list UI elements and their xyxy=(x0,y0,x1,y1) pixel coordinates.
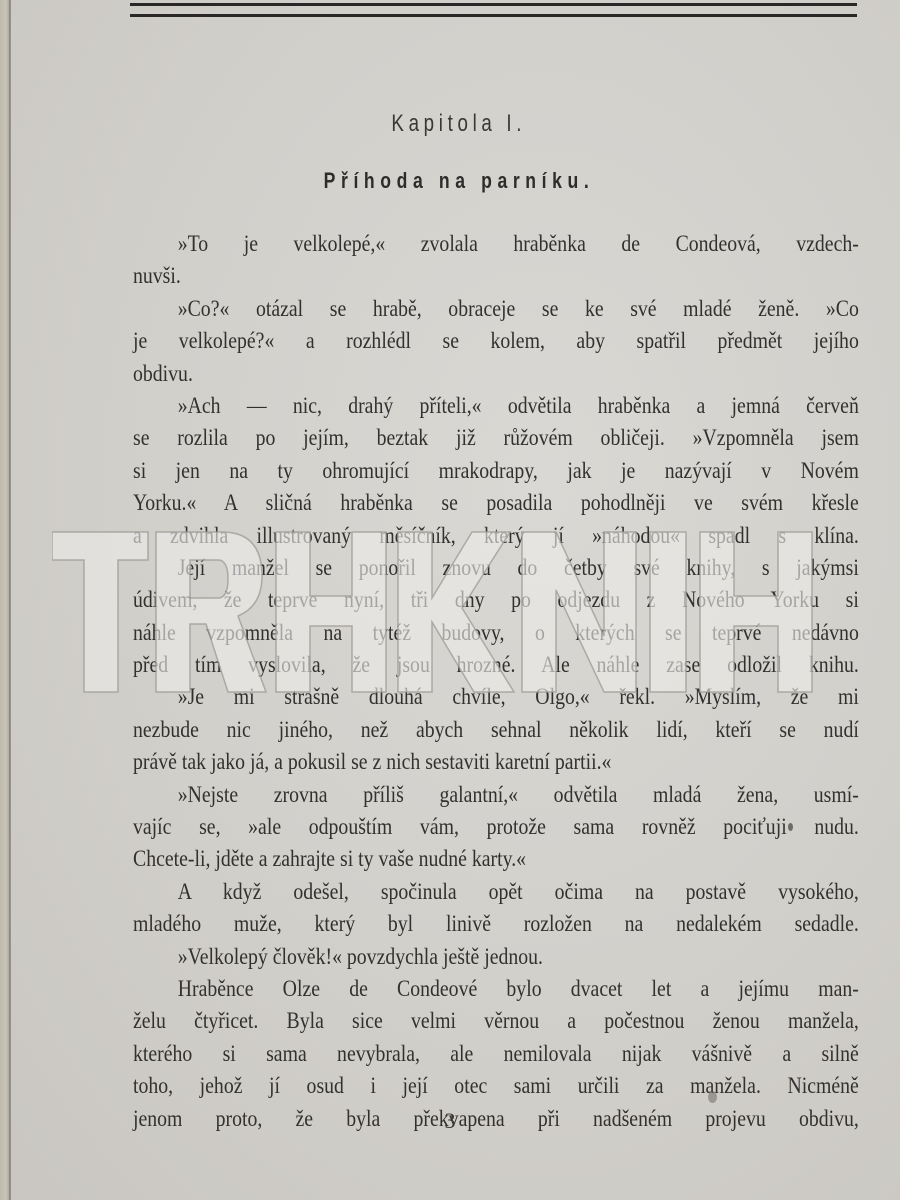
text-line: nuvši. xyxy=(133,260,859,292)
text-line: Chcete-li, jděte a zahrajte si ty vaše n… xyxy=(133,843,859,875)
body-text: »To je velkolepé,« zvolala hraběnka de C… xyxy=(133,228,859,1135)
ink-spot xyxy=(788,823,793,831)
chapter-number: Kapitola I. xyxy=(108,110,810,138)
text-line: A když odešel, spočinula opět očima na p… xyxy=(133,876,859,908)
text-line: mladého muže, který byl linivě rozložen … xyxy=(133,908,859,940)
text-line: »Nejste zrovna příliš galantní,« odvětil… xyxy=(133,779,859,811)
text-line: obdivu. xyxy=(133,358,859,390)
text-line: si jen na ty ohromující mrakodrapy, jak … xyxy=(133,455,859,487)
header-double-rule-top xyxy=(130,3,857,6)
text-line: »Ach — nic, drahý příteli,« odvětila hra… xyxy=(133,390,859,422)
text-line: kterého si sama nevybrala, ale nemiloval… xyxy=(133,1038,859,1070)
text-line: nezbude nic jiného, než abych sehnal něk… xyxy=(133,714,859,746)
text-line: údivem, že teprve nyní, tři dny po odjez… xyxy=(133,584,859,616)
text-line: vajíc se, »ale odpouštím vám, protože sa… xyxy=(133,811,859,843)
text-line: »To je velkolepé,« zvolala hraběnka de C… xyxy=(133,228,859,260)
text-line: Hraběnce Olze de Condeové bylo dvacet le… xyxy=(133,973,859,1005)
text-line: »Velkolepý člověk!« povzdychla ještě jed… xyxy=(133,941,859,973)
page-number: 3 xyxy=(0,1108,900,1134)
text-line: Yorku.« A sličná hraběnka se posadila po… xyxy=(133,487,859,519)
book-page: Kapitola I. Příhoda na parníku. »To je v… xyxy=(0,0,900,1200)
text-line: se rozlila po jejím, beztak již růžovém … xyxy=(133,422,859,454)
ink-spot xyxy=(708,1091,717,1103)
text-line: právě tak jako já, a pokusil se z nich s… xyxy=(133,746,859,778)
text-line: »Je mi strašně dlouhá chvíle, Olgo,« řek… xyxy=(133,681,859,713)
header-double-rule-bottom xyxy=(130,14,857,17)
text-line: náhle vzpomněla na tytéž budovy, o který… xyxy=(133,617,859,649)
text-line: želu čtyřicet. Byla sice velmi věrnou a … xyxy=(133,1005,859,1037)
text-line: Její manžel se ponořil znovu do četby sv… xyxy=(133,552,859,584)
chapter-title: Příhoda na parníku. xyxy=(99,168,819,194)
text-line: toho, jehož jí osud i její otec sami urč… xyxy=(133,1070,859,1102)
page-edge-shadow xyxy=(9,0,11,1200)
text-line: »Co?« otázal se hrabě, obraceje se ke sv… xyxy=(133,293,859,325)
text-line: před tím vyslovila, že jsou hrozné. Ale … xyxy=(133,649,859,681)
text-line: je velkolepé?« a rozhlédl se kolem, aby … xyxy=(133,325,859,357)
text-line: a zdvihla illustrovaný měsíčník, který j… xyxy=(133,520,859,552)
